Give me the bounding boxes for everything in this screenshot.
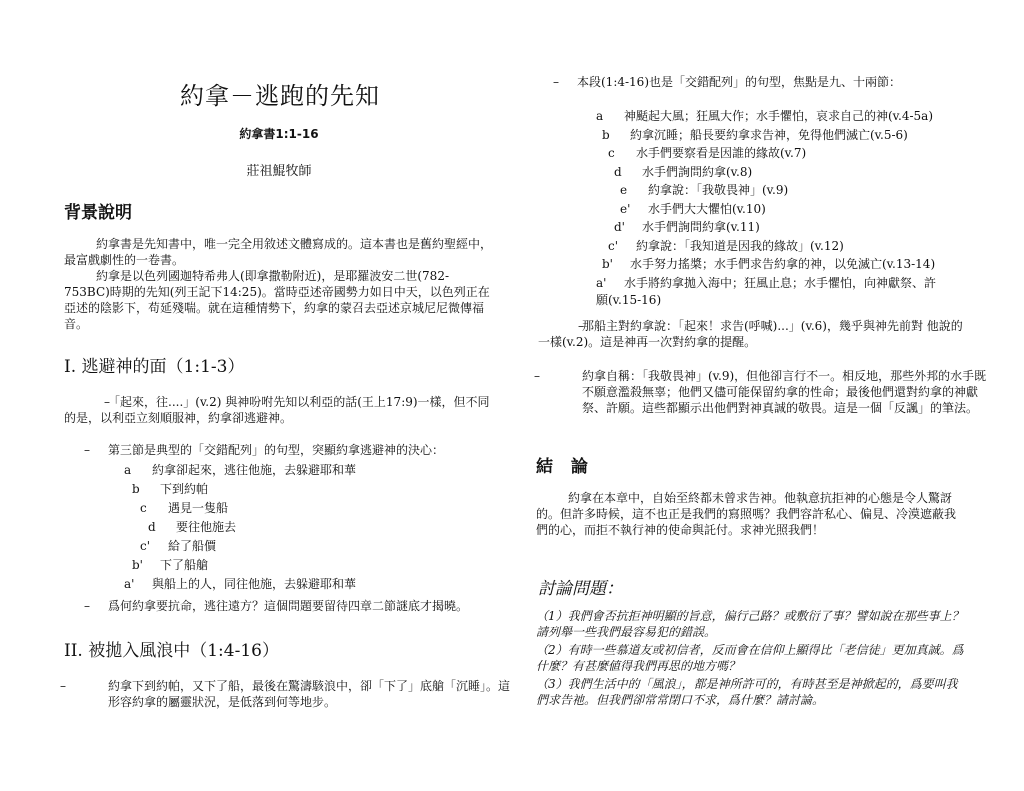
chiasm-text: 要往他施去 — [176, 520, 236, 534]
chiasm-text: 給了船價 — [168, 539, 216, 553]
chiasm-row: e'水手們大大懼怕(v.10) — [620, 201, 766, 218]
chiasm-label: b — [602, 127, 630, 144]
chiasm-row: b'水手努力搖槳；水手們求告約拿的神，以免滅亡(v.13-14) — [602, 256, 935, 273]
discussion-question-3: （3）我們生活中的「風浪」，都是神所許可的，有時甚至是神掀起的，爲要叫我們求告祂… — [536, 676, 966, 708]
chiasm-row: c遇見一隻船 — [140, 500, 228, 517]
scripture-reference: 約拿書1:1-16 — [64, 125, 494, 142]
chiasm-text: 約拿卻起來，逃往他施，去躲避耶和華 — [152, 463, 356, 477]
chiasm-row: d'水手們詢問約拿(v.11) — [614, 219, 760, 236]
chiasm-row: b下到約帕 — [132, 481, 208, 498]
chiasm-text: 約拿沉睡；船長要約拿求告神，免得他們滅亡(v.5-6) — [630, 128, 908, 142]
chiasm-label: d — [148, 519, 176, 536]
author: 莊祖鯤牧師 — [64, 160, 494, 179]
chiasm-text: 約拿說：「我知道是因我的緣故」(v.12) — [636, 239, 844, 253]
background-paragraph-1: 約拿書是先知書中，唯一完全用敘述文體寫成的。這本書也是舊約聖經中，最富戲劇性的一… — [64, 236, 494, 268]
dash-marker: – — [558, 318, 582, 334]
chiasm-text: 水手將約拿拋入海中；狂風止息；水手懼怕，向神獻祭、許願(v.15-16) — [596, 276, 936, 307]
conclusion-paragraph: 約拿在本章中，自始至終都未曾求告神。他執意抗拒神的心態是令人驚訝的。但許多時候，… — [536, 490, 966, 538]
chiasm-row: c'約拿說：「我知道是因我的緣故」(v.12) — [608, 238, 844, 255]
chiasm-text: 水手們要察看是因誰的緣故(v.7) — [636, 146, 806, 160]
chiasm-text: 與船上的人，同往他施，去躲避耶和華 — [152, 577, 356, 591]
chiasm-label: a' — [124, 576, 152, 593]
chiasm-label: a — [124, 462, 152, 479]
chiasm-label: c — [608, 145, 636, 162]
chiasm-label: b' — [602, 256, 630, 273]
chiasm-row: b約拿沉睡；船長要約拿求告神，免得他們滅亡(v.5-6) — [602, 127, 908, 144]
chiasm-text: 約拿說：「我敬畏神」(v.9) — [648, 183, 788, 197]
chiasm-row: e約拿說：「我敬畏神」(v.9) — [620, 182, 788, 199]
chiasm-text: 水手們詢問約拿(v.8) — [642, 165, 752, 179]
dash-marker: – — [84, 442, 108, 458]
chiasm-text: 下到約帕 — [160, 482, 208, 496]
dash-marker: – — [553, 74, 577, 90]
chiasm-row: a'與船上的人，同往他施，去躲避耶和華 — [124, 576, 356, 593]
dash-marker: – — [84, 678, 108, 694]
page-title: 約拿－逃跑的先知 — [170, 76, 390, 111]
section-1-heading: I. 逃避神的面（1:1-3） — [64, 352, 244, 377]
chiasm-row: b'下了船艙 — [132, 557, 208, 574]
section-2-point-4: –約拿自稱：「我敬畏神」(v.9)，但他卻言行不一。相反地，那些外邦的水手既不願… — [558, 368, 992, 416]
chiasm-row: d水手們詢問約拿(v.8) — [614, 164, 752, 181]
chiasm-text: 水手努力搖槳；水手們求告約拿的神，以免滅亡(v.13-14) — [630, 257, 935, 271]
chiasm-row: a神颳起大風；狂風大作；水手懼怕，哀求自己的神(v.4-5a) — [596, 108, 933, 125]
chiasm-text: 下了船艙 — [160, 558, 208, 572]
chiasm-label: c — [140, 500, 168, 517]
chiasm-label: e' — [620, 201, 648, 218]
chiasm-row: d要往他施去 — [148, 519, 236, 536]
dash-marker: – — [84, 394, 108, 410]
chiasm-label: c' — [608, 238, 636, 255]
chiasm-label: d' — [614, 219, 642, 236]
discussion-question-1: （1）我們會否抗拒神明顯的旨意，偏行己路？或敷衍了事？譬如說在那些事上？請列舉一… — [536, 608, 966, 640]
chiasm-label: a — [596, 108, 624, 125]
discussion-question-2: （2）有時一些慕道友或初信者，反而會在信仰上顯得比「老信徒」更加真誠。爲什麼？有… — [536, 642, 966, 674]
dash-marker: – — [558, 368, 582, 384]
section-2-point-1: –約拿下到約帕，又下了船，最後在驚濤駭浪中，卻「下了」底艙「沉睡」。這形容約拿的… — [84, 678, 518, 710]
background-heading: 背景說明 — [64, 198, 132, 223]
section-1-point-1: –「起來，往....」(v.2) 與神吩咐先知以利亞的話(王上17:9)一樣，但… — [64, 394, 494, 426]
chiasm-label: b' — [132, 557, 160, 574]
section-2-point-3: –那船主對約拿說：「起來！求告(呼喊)...」(v.6)，幾乎與神先前對 他說的… — [538, 318, 963, 350]
chiasm-row: a約拿卻起來，逃往他施，去躲避耶和華 — [124, 462, 356, 479]
chiasm-row: c'給了船價 — [140, 538, 216, 555]
chiasm-text: 神颳起大風；狂風大作；水手懼怕，哀求自己的神(v.4-5a) — [624, 109, 933, 123]
section-1-point-3: –爲何約拿要抗命，逃往遠方？這個問題要留待四章二節謎底才揭曉。 — [84, 598, 494, 614]
chiasm-label: c' — [140, 538, 168, 555]
chiasm-text: 遇見一隻船 — [168, 501, 228, 515]
chiasm-label: a' — [596, 275, 624, 292]
background-paragraph-2: 約拿是以色列國迦特希弗人(即拿撒勒附近)，是耶羅波安二世(782-753BC)時… — [64, 268, 494, 332]
chiasm-row: a'水手將約拿拋入海中；狂風止息；水手懼怕，向神獻祭、許願(v.15-16) — [596, 275, 946, 309]
chiasm-label: b — [132, 481, 160, 498]
section-2-point-2: –本段(1:4-16)也是「交錯配列」的句型，焦點是九、十兩節： — [553, 74, 973, 90]
chiasm-text: 水手們大大懼怕(v.10) — [648, 202, 766, 216]
chiasm-label: e — [620, 182, 648, 199]
chiasm-row: c水手們要察看是因誰的緣故(v.7) — [608, 145, 806, 162]
section-2-heading: II. 被拋入風浪中（1:4-16） — [64, 636, 279, 661]
conclusion-heading: 結 論 — [536, 452, 594, 477]
chiasm-label: d — [614, 164, 642, 181]
discussion-heading: 討論問題： — [538, 574, 623, 599]
section-1-point-2: –第三節是典型的「交錯配列」的句型，突顯約拿逃避神的決心： — [84, 442, 494, 458]
chiasm-text: 水手們詢問約拿(v.11) — [642, 220, 760, 234]
dash-marker: – — [84, 598, 108, 614]
